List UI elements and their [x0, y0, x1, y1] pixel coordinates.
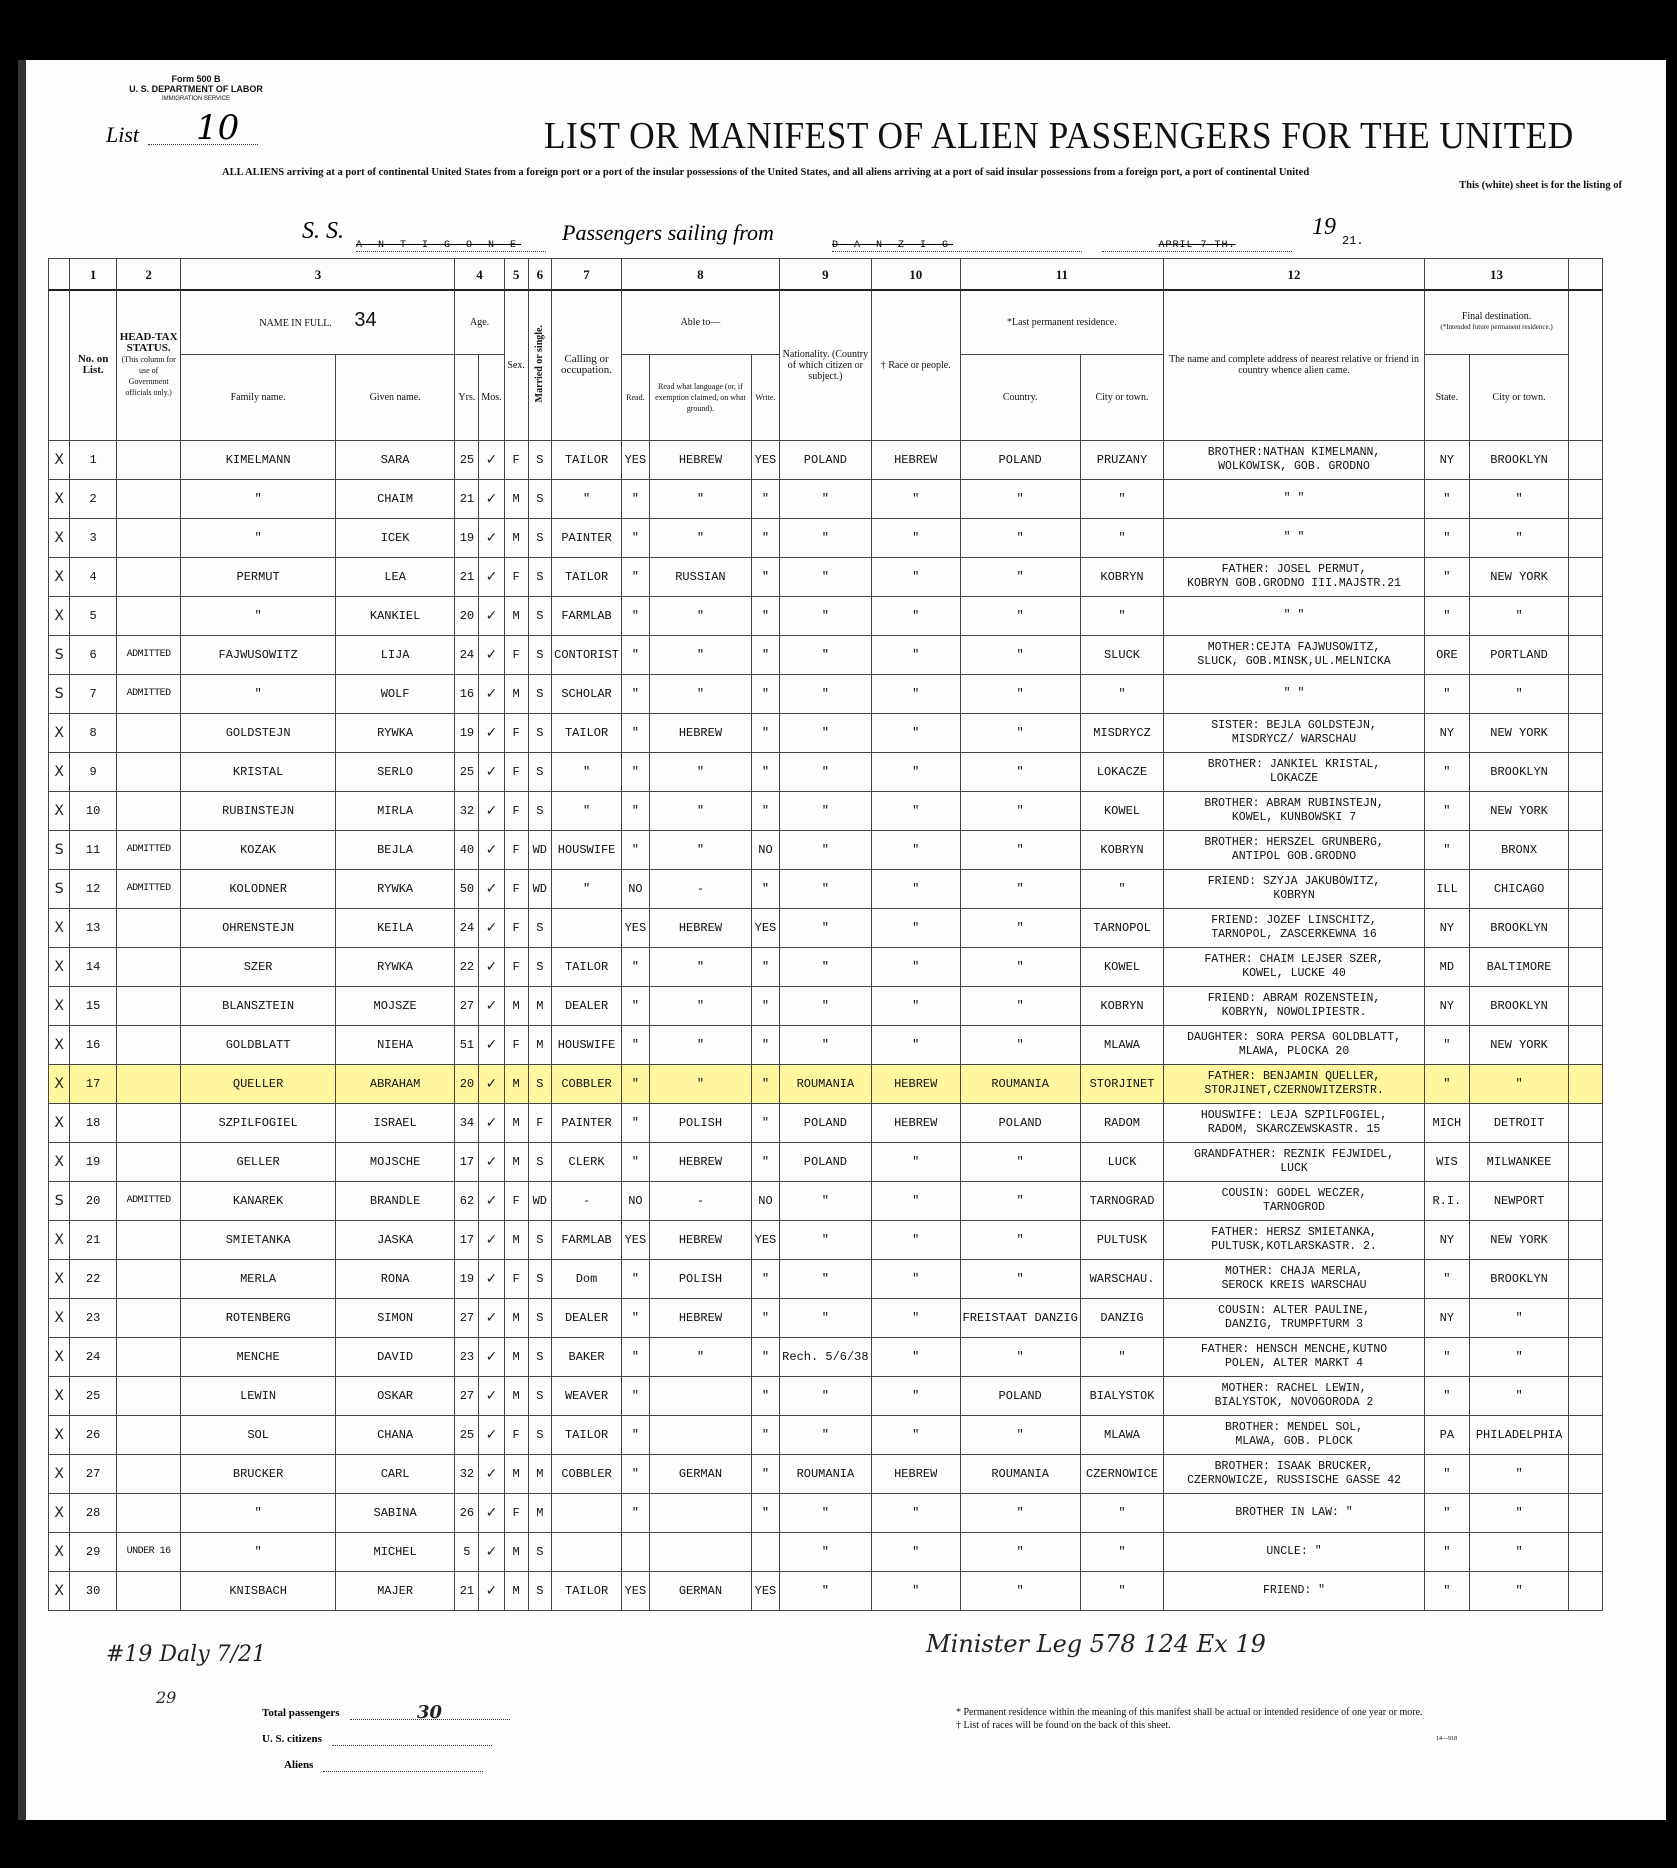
- row-mark: X: [49, 1259, 70, 1298]
- passenger-row: X18SZPILFOGIELISRAEL34✓MFPAINTER"POLISH"…: [49, 1103, 1603, 1142]
- passenger-row: X21SMIETANKAJASKA17✓MSFARMLABYESHEBREWYE…: [49, 1220, 1603, 1259]
- colnum-5: 5: [504, 259, 528, 291]
- write-cell: YES: [752, 1220, 780, 1259]
- read-language-cell: ": [649, 791, 751, 830]
- destination-city-cell: PHILADELPHIA: [1469, 1415, 1568, 1454]
- read-cell: ": [621, 635, 649, 674]
- destination-city-cell: ": [1469, 1376, 1568, 1415]
- residence-city-cell: ": [1080, 674, 1163, 713]
- destination-state-cell: NY: [1424, 440, 1469, 479]
- read-cell: ": [621, 1103, 649, 1142]
- read-language-cell: [649, 1532, 751, 1571]
- residence-city-cell: TARNOPOL: [1080, 908, 1163, 947]
- age-months-cell: ✓: [479, 1532, 504, 1571]
- sailing-label: Passengers sailing from: [562, 220, 774, 246]
- destination-state-cell: ": [1424, 557, 1469, 596]
- manifest-sheet: Form 500 B U. S. DEPARTMENT OF LABOR IMM…: [18, 60, 1666, 1820]
- departure-date: APRIL 7 TH.: [1102, 240, 1292, 252]
- write-cell: ": [752, 1103, 780, 1142]
- nationality-header: Nationality. (Country of which citizen o…: [779, 290, 871, 440]
- age-header: Age.: [455, 290, 504, 354]
- read-cell: ": [621, 479, 649, 518]
- list-number-cell: 19: [70, 1142, 116, 1181]
- nationality-cell: POLAND: [779, 440, 871, 479]
- colnum-4: 4: [455, 259, 504, 291]
- colnum-1: 1: [70, 259, 116, 291]
- residence-country-cell: ": [960, 518, 1080, 557]
- destination-city-cell: ": [1469, 1337, 1568, 1376]
- sex-cell: F: [504, 1025, 528, 1064]
- read-language-cell: GERMAN: [649, 1454, 751, 1493]
- race-cell: ": [871, 1220, 960, 1259]
- sex-header: Sex.: [504, 290, 528, 440]
- print-code: 14—918: [1436, 1736, 1457, 1742]
- race-cell: ": [871, 674, 960, 713]
- write-cell: ": [752, 1376, 780, 1415]
- family-name-cell: BRUCKER: [181, 1454, 335, 1493]
- age-years-cell: 26: [455, 1493, 479, 1532]
- age-months-cell: ✓: [479, 635, 504, 674]
- family-name-cell: GOLDBLATT: [181, 1025, 335, 1064]
- age-years-cell: 16: [455, 674, 479, 713]
- given-name-cell: NIEHA: [335, 1025, 455, 1064]
- list-number-cell: 12: [70, 869, 116, 908]
- age-months-cell: ✓: [479, 869, 504, 908]
- race-cell: HEBREW: [871, 1103, 960, 1142]
- race-header: † Race or people.: [871, 290, 960, 440]
- passenger-row: X4PERMUTLEA21✓FSTAILOR"RUSSIAN""""KOBRYN…: [49, 557, 1603, 596]
- relative-line-1: FATHER: JOSEL PERMUT,: [1166, 563, 1422, 577]
- list-number-cell: 9: [70, 752, 116, 791]
- residence-city-cell: ": [1080, 1493, 1163, 1532]
- head-tax-status-cell: [116, 1571, 181, 1610]
- read-language-cell: HEBREW: [649, 440, 751, 479]
- list-number-cell: 6: [70, 635, 116, 674]
- read-cell: YES: [621, 1220, 649, 1259]
- list-number-cell: 18: [70, 1103, 116, 1142]
- residence-country-cell: ": [960, 1259, 1080, 1298]
- family-name-cell: KIMELMANN: [181, 440, 335, 479]
- read-cell: ": [621, 713, 649, 752]
- age-years-cell: 50: [455, 869, 479, 908]
- total-passengers-value: 30: [350, 1707, 510, 1720]
- residence-country-cell: ": [960, 1415, 1080, 1454]
- read-cell: ": [621, 518, 649, 557]
- able-to-header: Able to—: [621, 290, 779, 354]
- passenger-rows: X1KIMELMANNSARA25✓FSTAILORYESHEBREWYESPO…: [49, 440, 1603, 1610]
- race-cell: ": [871, 1376, 960, 1415]
- residence-country-cell: ": [960, 1337, 1080, 1376]
- age-months-cell: ✓: [479, 908, 504, 947]
- given-name-cell: RYWKA: [335, 947, 455, 986]
- occupation-cell: PAINTER: [552, 1103, 622, 1142]
- margin-cell: [1569, 869, 1603, 908]
- read-cell: ": [621, 1376, 649, 1415]
- relative-line-2: MISDRYCZ/ WARSCHAU: [1166, 733, 1422, 747]
- margin-cell: [1569, 635, 1603, 674]
- relative-line-1: HOUSWIFE: LEJA SZPILFOGIEL,: [1166, 1109, 1422, 1123]
- margin-cell: [1569, 947, 1603, 986]
- head-tax-status-cell: [116, 1298, 181, 1337]
- residence-city-cell: CZERNOWICE: [1080, 1454, 1163, 1493]
- margin-cell: [1569, 1064, 1603, 1103]
- final-destination-header: Final destination. (*Intended future per…: [1424, 290, 1568, 354]
- destination-city-cell: ": [1469, 479, 1568, 518]
- state-header: State.: [1424, 354, 1469, 440]
- family-name-cell: ": [181, 479, 335, 518]
- occupation-cell: COBBLER: [552, 1064, 622, 1103]
- race-cell: ": [871, 596, 960, 635]
- list-number-cell: 10: [70, 791, 116, 830]
- relative-line-1: FATHER: HERSZ SMIETANKA,: [1166, 1226, 1422, 1240]
- age-months-cell: ✓: [479, 1064, 504, 1103]
- relative-line-2: MLAWA, GOB. PLOCK: [1166, 1435, 1422, 1449]
- age-years-cell: 62: [455, 1181, 479, 1220]
- write-cell: ": [752, 1298, 780, 1337]
- nationality-cell: ": [779, 1571, 871, 1610]
- residence-city-cell: ": [1080, 596, 1163, 635]
- margin-cell: [1569, 1181, 1603, 1220]
- row-mark: X: [49, 1337, 70, 1376]
- row-mark: S: [49, 1181, 70, 1220]
- head-tax-status-cell: ADMITTED: [116, 674, 181, 713]
- sex-cell: M: [504, 1298, 528, 1337]
- relative-address-cell: BROTHER IN LAW: ": [1164, 1493, 1425, 1532]
- read-language-cell: GERMAN: [649, 1571, 751, 1610]
- list-number-cell: 5: [70, 596, 116, 635]
- write-cell: ": [752, 791, 780, 830]
- age-years-cell: 32: [455, 1454, 479, 1493]
- row-mark: X: [49, 1064, 70, 1103]
- residence-country-cell: ": [960, 791, 1080, 830]
- read-language-cell: ": [649, 518, 751, 557]
- relative-address-cell: FATHER: CHAIM LEJSER SZER,KOWEL, LUCKE 4…: [1164, 947, 1425, 986]
- destination-city-cell: ": [1469, 518, 1568, 557]
- write-cell: YES: [752, 1571, 780, 1610]
- age-months-cell: ✓: [479, 1259, 504, 1298]
- head-tax-status-cell: [116, 557, 181, 596]
- row-mark: S: [49, 635, 70, 674]
- age-months-cell: ✓: [479, 1142, 504, 1181]
- relative-line-1: MOTHER: RACHEL LEWIN,: [1166, 1382, 1422, 1396]
- read-language-cell: ": [649, 1337, 751, 1376]
- sex-cell: F: [504, 1259, 528, 1298]
- sex-cell: F: [504, 713, 528, 752]
- age-months-cell: ✓: [479, 440, 504, 479]
- margin-cell: [1569, 1415, 1603, 1454]
- sex-cell: F: [504, 752, 528, 791]
- nationality-cell: ": [779, 1025, 871, 1064]
- no-on-list-header: No. on List.: [70, 290, 116, 440]
- read-language-header: Read what language (or, if exemption cla…: [649, 354, 751, 440]
- sex-cell: M: [504, 1454, 528, 1493]
- us-citizens-row: U. S. citizens: [262, 1726, 510, 1752]
- document-title: LIST OR MANIFEST OF ALIEN PASSENGERS FOR…: [544, 114, 1574, 158]
- row-mark: X: [49, 440, 70, 479]
- family-name-cell: ": [181, 674, 335, 713]
- marital-status-cell: S: [528, 557, 552, 596]
- relative-address-cell: DAUGHTER: SORA PERSA GOLDBLATT,MLAWA, PL…: [1164, 1025, 1425, 1064]
- row-mark: X: [49, 1103, 70, 1142]
- relative-line-2: KOWEL, KUNBOWSKI 7: [1166, 811, 1422, 825]
- city-header: City or town.: [1080, 354, 1163, 440]
- residence-country-cell: ": [960, 479, 1080, 518]
- relative-line-1: FRIEND: ABRAM ROZENSTEIN,: [1166, 992, 1422, 1006]
- age-years-cell: 19: [455, 713, 479, 752]
- residence-city-cell: MISDRYCZ: [1080, 713, 1163, 752]
- age-years-cell: 22: [455, 947, 479, 986]
- read-cell: [621, 1532, 649, 1571]
- row-mark: X: [49, 1532, 70, 1571]
- marital-status-cell: S: [528, 1532, 552, 1571]
- given-name-cell: OSKAR: [335, 1376, 455, 1415]
- row-mark: X: [49, 947, 70, 986]
- race-cell: ": [871, 1337, 960, 1376]
- given-name-cell: RONA: [335, 1259, 455, 1298]
- relative-address-cell: COUSIN: GODEL WECZER,TARNOGROD: [1164, 1181, 1425, 1220]
- residence-country-cell: ": [960, 1181, 1080, 1220]
- passenger-row: X1KIMELMANNSARA25✓FSTAILORYESHEBREWYESPO…: [49, 440, 1603, 479]
- head-tax-status-cell: UNDER 16: [116, 1532, 181, 1571]
- relative-line-1: SISTER: BEJLA GOLDSTEJN,: [1166, 719, 1422, 733]
- family-name-cell: ": [181, 596, 335, 635]
- residence-city-cell: SLUCK: [1080, 635, 1163, 674]
- relative-line-1: GRANDFATHER: REZNIK FEJWIDEL,: [1166, 1148, 1422, 1162]
- age-months-cell: ✓: [479, 557, 504, 596]
- write-cell: ": [752, 1337, 780, 1376]
- read-cell: ": [621, 752, 649, 791]
- row-mark: X: [49, 752, 70, 791]
- row-mark: X: [49, 1571, 70, 1610]
- nationality-cell: Rech. 5/6/38: [779, 1337, 871, 1376]
- sex-cell: M: [504, 1571, 528, 1610]
- destination-city-cell: ": [1469, 1454, 1568, 1493]
- age-months-cell: ✓: [479, 713, 504, 752]
- colnum-8: 8: [621, 259, 779, 291]
- head-tax-status-cell: [116, 1259, 181, 1298]
- occupation-cell: -: [552, 1181, 622, 1220]
- relative-line-2: TARNOGROD: [1166, 1201, 1422, 1215]
- given-name-cell: ICEK: [335, 518, 455, 557]
- read-cell: ": [621, 557, 649, 596]
- document-subtitle: ALL ALIENS arriving at a port of contine…: [222, 166, 1622, 192]
- passenger-row: S11ADMITTEDKOZAKBEJLA40✓FWDHOUSWIFE""NO"…: [49, 830, 1603, 869]
- residence-country-cell: POLAND: [960, 440, 1080, 479]
- colnum-11: 11: [960, 259, 1164, 291]
- nationality-cell: ": [779, 1259, 871, 1298]
- read-cell: NO: [621, 1181, 649, 1220]
- read-language-cell: POLISH: [649, 1259, 751, 1298]
- head-tax-header: HEAD-TAX STATUS. (This column for use of…: [116, 290, 181, 440]
- residence-city-cell: MLAWA: [1080, 1025, 1163, 1064]
- destination-state-cell: ORE: [1424, 635, 1469, 674]
- form-identifier: Form 500 B U. S. DEPARTMENT OF LABOR IMM…: [106, 74, 286, 104]
- marital-status-cell: S: [528, 596, 552, 635]
- passenger-row: S6ADMITTEDFAJWUSOWITZLIJA24✓FSCONTORIST"…: [49, 635, 1603, 674]
- family-name-cell: KOZAK: [181, 830, 335, 869]
- head-tax-status-cell: [116, 791, 181, 830]
- residence-country-cell: ": [960, 986, 1080, 1025]
- relative-line-1: FATHER: BENJAMIN QUELLER,: [1166, 1070, 1422, 1084]
- age-years-cell: 17: [455, 1220, 479, 1259]
- given-name-cell: WOLF: [335, 674, 455, 713]
- relative-line-1: COUSIN: ALTER PAULINE,: [1166, 1304, 1422, 1318]
- given-name-cell: BRANDLE: [335, 1181, 455, 1220]
- head-tax-status-cell: [116, 1025, 181, 1064]
- row-mark: X: [49, 1493, 70, 1532]
- relative-line-2: PULTUSK,KOTLARSKASTR. 2.: [1166, 1240, 1422, 1254]
- write-cell: ": [752, 986, 780, 1025]
- family-name-cell: SOL: [181, 1415, 335, 1454]
- family-name-cell: KNISBACH: [181, 1571, 335, 1610]
- head-tax-status-cell: [116, 518, 181, 557]
- handwritten-annotation-count: 29: [156, 1688, 176, 1707]
- head-tax-note: (This column for use of Government offic…: [119, 354, 179, 398]
- nationality-cell: ": [779, 986, 871, 1025]
- read-language-cell: HEBREW: [649, 1142, 751, 1181]
- nationality-cell: ROUMANIA: [779, 1454, 871, 1493]
- relative-address-cell: FATHER: BENJAMIN QUELLER,STORJINET,CZERN…: [1164, 1064, 1425, 1103]
- nationality-cell: ": [779, 596, 871, 635]
- destination-state-cell: ": [1424, 1571, 1469, 1610]
- relative-line-1: BROTHER: JANKIEL KRISTAL,: [1166, 758, 1422, 772]
- relative-line-1: MOTHER:CEJTA FAJWUSOWITZ,: [1166, 641, 1422, 655]
- relative-line-1: BROTHER IN LAW: ": [1166, 1506, 1422, 1520]
- occupation-cell: TAILOR: [552, 947, 622, 986]
- list-number-cell: 23: [70, 1298, 116, 1337]
- relative-line-1: BROTHER: HERSZEL GRUNBERG,: [1166, 836, 1422, 850]
- race-cell: ": [871, 752, 960, 791]
- relative-address-cell: " ": [1164, 596, 1425, 635]
- sex-cell: M: [504, 1337, 528, 1376]
- write-cell: ": [752, 1064, 780, 1103]
- margin-cell: [1569, 1259, 1603, 1298]
- row-mark: X: [49, 479, 70, 518]
- nationality-cell: ": [779, 1532, 871, 1571]
- margin-cell: [1569, 1298, 1603, 1337]
- residence-city-cell: BIALYSTOK: [1080, 1376, 1163, 1415]
- given-name-cell: SERLO: [335, 752, 455, 791]
- destination-city-cell: ": [1469, 1298, 1568, 1337]
- residence-city-cell: KOWEL: [1080, 791, 1163, 830]
- residence-city-cell: MLAWA: [1080, 1415, 1163, 1454]
- read-language-cell: ": [649, 674, 751, 713]
- given-name-cell: LEA: [335, 557, 455, 596]
- family-name-cell: SZER: [181, 947, 335, 986]
- head-tax-status-cell: [116, 1103, 181, 1142]
- relative-line-1: BROTHER:NATHAN KIMELMANN,: [1166, 446, 1422, 460]
- destination-city-cell: PORTLAND: [1469, 635, 1568, 674]
- marital-status-cell: WD: [528, 869, 552, 908]
- marital-status-cell: S: [528, 1259, 552, 1298]
- handwritten-annotation-center: Minister Leg 578 124 Ex 19: [926, 1630, 1266, 1658]
- relative-address-cell: MOTHER: RACHEL LEWIN,BIALYSTOK, NOVOGORO…: [1164, 1376, 1425, 1415]
- occupation-cell: PAINTER: [552, 518, 622, 557]
- age-years-cell: 51: [455, 1025, 479, 1064]
- footer-notes: * Permanent residence within the meaning…: [956, 1706, 1423, 1732]
- relative-address-cell: MOTHER:CEJTA FAJWUSOWITZ,SLUCK, GOB.MINS…: [1164, 635, 1425, 674]
- passenger-row: X28"SABINA26✓FM""""""BROTHER IN LAW: """: [49, 1493, 1603, 1532]
- passenger-row: X24MENCHEDAVID23✓MSBAKER"""Rech. 5/6/38"…: [49, 1337, 1603, 1376]
- colnum-2: 2: [116, 259, 181, 291]
- relative-address-cell: UNCLE: ": [1164, 1532, 1425, 1571]
- margin-cell: [1569, 1025, 1603, 1064]
- marital-status-cell: S: [528, 479, 552, 518]
- married-label: Married or single.: [534, 325, 545, 402]
- family-name-cell: KRISTAL: [181, 752, 335, 791]
- departure-port: D A N Z I G: [832, 240, 1082, 252]
- row-mark: X: [49, 557, 70, 596]
- sex-cell: F: [504, 635, 528, 674]
- destination-city-cell: MILWANKEE: [1469, 1142, 1568, 1181]
- family-name-cell: KANAREK: [181, 1181, 335, 1220]
- read-language-cell: HEBREW: [649, 713, 751, 752]
- sex-cell: M: [504, 1064, 528, 1103]
- marital-status-cell: M: [528, 986, 552, 1025]
- read-language-cell: ": [649, 986, 751, 1025]
- destination-city-cell: NEWPORT: [1469, 1181, 1568, 1220]
- marital-status-cell: S: [528, 1064, 552, 1103]
- residence-city-cell: ": [1080, 479, 1163, 518]
- row-mark: S: [49, 674, 70, 713]
- family-name-cell: BLANSZTEIN: [181, 986, 335, 1025]
- write-cell: ": [752, 1454, 780, 1493]
- residence-country-cell: ": [960, 830, 1080, 869]
- relative-line-1: FRIEND: ": [1166, 1584, 1422, 1598]
- residence-city-cell: KOBRYN: [1080, 557, 1163, 596]
- given-name-cell: RYWKA: [335, 713, 455, 752]
- margin-cell: [1569, 791, 1603, 830]
- colnum-10: 10: [871, 259, 960, 291]
- margin-cell: [1569, 1532, 1603, 1571]
- relative-line-2: RADOM, SKARCZEWSKASTR. 15: [1166, 1123, 1422, 1137]
- given-name-cell: RYWKA: [335, 869, 455, 908]
- nationality-cell: ": [779, 752, 871, 791]
- sex-cell: M: [504, 986, 528, 1025]
- occupation-cell: CLERK: [552, 1142, 622, 1181]
- family-name-cell: LEWIN: [181, 1376, 335, 1415]
- read-language-cell: ": [649, 947, 751, 986]
- race-cell: ": [871, 947, 960, 986]
- residence-country-cell: ": [960, 1025, 1080, 1064]
- write-cell: ": [752, 479, 780, 518]
- destination-state-cell: ": [1424, 752, 1469, 791]
- family-name-cell: MENCHE: [181, 1337, 335, 1376]
- relative-line-1: FRIEND: SZYJA JAKUBOWITZ,: [1166, 875, 1422, 889]
- nationality-cell: ": [779, 635, 871, 674]
- occupation-cell: FARMLAB: [552, 596, 622, 635]
- relative-line-2: KOBRYN GOB.GRODNO III.MAJSTR.21: [1166, 577, 1422, 591]
- age-years-cell: 25: [455, 1415, 479, 1454]
- head-tax-status-cell: ADMITTED: [116, 869, 181, 908]
- destination-state-cell: ": [1424, 1025, 1469, 1064]
- marital-status-cell: S: [528, 1376, 552, 1415]
- passenger-row: X5"KANKIEL20✓MSFARMLAB"""""""" """: [49, 596, 1603, 635]
- margin-cell: [1569, 830, 1603, 869]
- margin-cell: [1569, 1103, 1603, 1142]
- name-in-full-header: NAME IN FULL. 34: [181, 290, 455, 354]
- write-cell: ": [752, 752, 780, 791]
- write-cell: ": [752, 869, 780, 908]
- destination-city-cell: NEW YORK: [1469, 713, 1568, 752]
- write-cell: ": [752, 1025, 780, 1064]
- margin-cell: [1569, 1220, 1603, 1259]
- residence-country-cell: ": [960, 908, 1080, 947]
- family-name-cell: ROTENBERG: [181, 1298, 335, 1337]
- read-cell: YES: [621, 1571, 649, 1610]
- margin-cell: [1569, 986, 1603, 1025]
- relative-line-2: SLUCK, GOB.MINSK,UL.MELNICKA: [1166, 655, 1422, 669]
